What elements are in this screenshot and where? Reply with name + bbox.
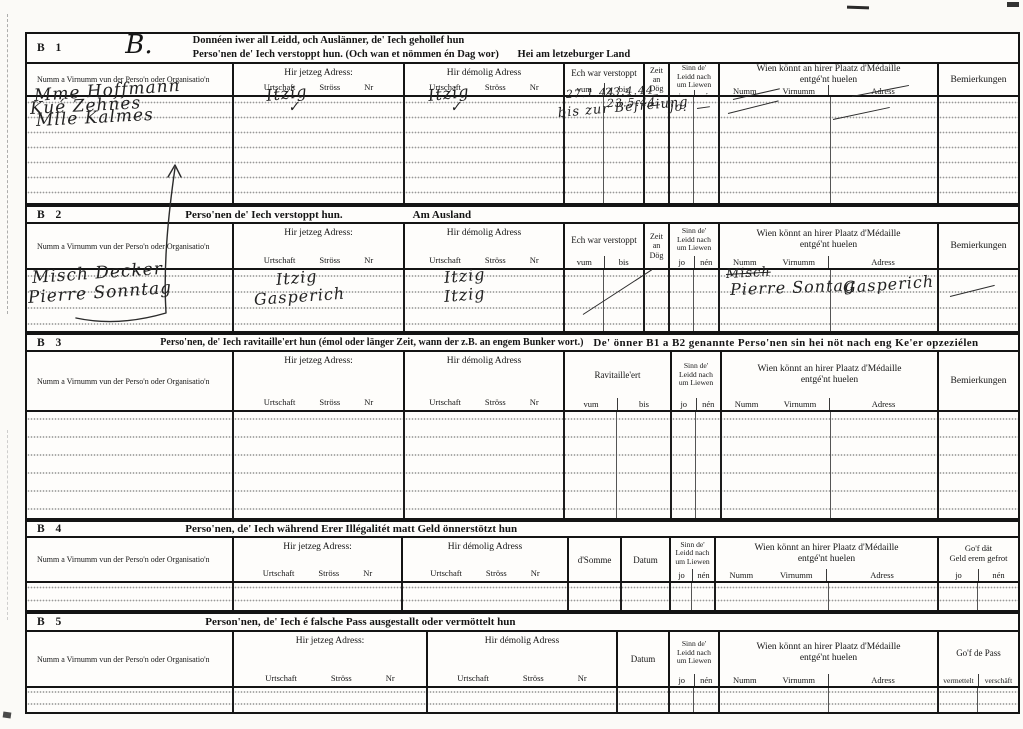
col-still-alive: Sinn de'Leidd nachum Liewen jonén: [668, 632, 718, 686]
col-amount: d'Somme: [567, 538, 620, 581]
sub-vum: vum: [565, 83, 604, 95]
b3-title-line1: Perso'nen, de' Iech ravitaille'ert hun (…: [160, 337, 583, 348]
section-b1-title-text: Donnéen iwer all Leidd, och Auslänner, d…: [193, 34, 631, 61]
section-b5-header: Numm a Virnumm vun der Perso'n oder Orga…: [27, 632, 1018, 688]
col-former-address: Hir démolig Adress UrtschaftStrössNr: [403, 224, 563, 268]
col-money-asked-back: Go'f dätGeld erem gefrot jonén: [937, 538, 1018, 581]
col-date: Datum: [620, 538, 669, 581]
col-former-address: Hir démolig Adress UrtschaftStrössNr: [403, 352, 563, 410]
section-b2-title: B 2 Perso'nen de' Iech verstoppt hun. Am…: [27, 207, 1018, 224]
section-b1-label: B 1: [37, 42, 65, 54]
col-name: Numm a Virnumm vun der Perso'n oder Orga…: [27, 64, 232, 95]
col-date: Datum: [616, 632, 668, 686]
section-b5-title: B 5 Person'nen, de' Iech é falsche Pass …: [27, 614, 1018, 632]
b1-title-line2b: Hei am letzeburger Land: [518, 49, 631, 60]
sub-adress: Adress: [828, 85, 937, 95]
col-pass-provided: Go'f de Pass vermetteltverschäft: [937, 632, 1018, 686]
b4-title-line1: Perso'nen, de' Iech während Erer Illégal…: [185, 523, 517, 535]
sub-nen: nén: [694, 90, 719, 96]
sub-nr: Nr: [530, 82, 539, 92]
col-still-alive: Sinn de'Leidd nachum Liewen jonén: [670, 352, 720, 410]
col-hidden-label: Ech war verstoppt: [565, 64, 643, 83]
scan-artifact: [3, 711, 12, 718]
col-days: ZeitanDög: [643, 64, 668, 95]
col-former-address: Hir démolig Adress UrtschaftStrössNr: [403, 64, 563, 95]
b1-title-line2: Perso'nen de' Iech verstoppt hun. (Och w…: [193, 49, 499, 60]
col-former-address: Hir démolig Adress UrtschaftStrössNr: [401, 538, 567, 581]
sub-nr: Nr: [364, 82, 373, 92]
section-b4-header: Numm a Virnumm vun der Perso'n oder Orga…: [27, 538, 1018, 583]
col-current-address: Hir jetzeg Adress: UrtschaftStrössNr: [232, 224, 403, 268]
section-b5: B 5 Person'nen, de' Iech é falsche Pass …: [25, 612, 1020, 714]
section-b3: B 3 Perso'nen, de' Iech ravitaille'ert h…: [25, 333, 1020, 520]
script-letter-b: B.: [125, 30, 152, 60]
section-b1-title: B 1 B. Donnéen iwer all Leidd, och Auslä…: [27, 34, 1018, 64]
scanned-form-page: B 1 B. Donnéen iwer all Leidd, och Auslä…: [0, 0, 1023, 729]
col-current-address: Hir jetzeg Adress: UrtschaftStrössNr: [232, 352, 403, 410]
section-b3-header: Numm a Virnumm vun der Perso'n oder Orga…: [27, 352, 1018, 412]
col-current-address-label: Hir jetzeg Adress:: [284, 64, 353, 78]
col-hidden-period: Ech war verstoppt vumbis: [563, 64, 643, 95]
col-current-address: Hir jetzeg Adress: UrtschaftStrössNr: [232, 64, 403, 95]
section-b3-title: B 3 Perso'nen, de' Iech ravitaille'ert h…: [27, 335, 1018, 352]
section-b4-rows: [27, 583, 1018, 610]
b1-title-line1: Donnéen iwer all Leidd, och Auslänner, d…: [193, 34, 631, 48]
b5-title-line1: Person'nen, de' Iech é falsche Pass ausg…: [205, 616, 515, 628]
col-name: Numm a Virnumm vun der Perso'n oder Orga…: [27, 224, 232, 268]
col-medal-recipient: Wien könnt an hirer Plaatz d'Médailleent…: [718, 64, 937, 95]
col-former-address: Hir démolig Adress UrtschaftStrössNr: [426, 632, 616, 686]
section-b2: B 2 Perso'nen de' Iech verstoppt hun. Am…: [25, 205, 1020, 333]
col-remarks: Bemierkungen: [937, 224, 1018, 268]
section-b2-label: B 2: [37, 209, 65, 221]
col-hidden-period: Ech war verstoppt vumbis: [563, 224, 643, 268]
sub-virnumm: Virnumm: [782, 86, 815, 95]
col-medal-recipient: Wien könnt an hirer Plaatz d'Médailleent…: [718, 224, 937, 268]
sub-bis: bis: [604, 83, 644, 95]
section-b1: B 1 B. Donnéen iwer all Leidd, och Auslä…: [25, 32, 1020, 205]
section-b5-rows: [27, 688, 1018, 712]
section-b1-header: Numm a Virnumm vun der Perso'n oder Orga…: [27, 64, 1018, 97]
col-supplied-period: Ravitaille'ert vumbis: [563, 352, 670, 410]
section-b4-label: B 4: [37, 523, 65, 535]
fold-line-artifact: [7, 430, 8, 620]
sub-jo: jo: [670, 90, 694, 96]
sub-stross: Ströss: [319, 82, 340, 92]
sub-urtschaft: Urtschaft: [264, 82, 296, 92]
col-remarks: Bemierkungen: [937, 352, 1018, 410]
b2-title-line2: Am Ausland: [413, 209, 471, 221]
col-medal-recipient: Wien könnt an hirer Plaatz d'Médailleent…: [720, 352, 937, 410]
col-days: ZeitanDög: [643, 224, 668, 268]
col-still-alive: Sinn de'Leidd nachum Liewen jonén: [669, 538, 714, 581]
col-name-label: Numm a Virnumm vun der Perso'n oder Orga…: [37, 75, 210, 84]
section-b3-label: B 3: [37, 337, 65, 349]
scan-artifact: [1007, 2, 1019, 7]
section-b4: B 4 Perso'nen, de' Iech während Erer Ill…: [25, 520, 1020, 612]
b3-title-line2: De' önner B1 a B2 genannte Perso'nen sin…: [593, 337, 978, 349]
fold-line-artifact: [7, 14, 8, 314]
col-current-address: Hir jetzeg Adress: UrtschaftStrössNr: [232, 538, 401, 581]
scan-artifact: [847, 6, 869, 10]
section-b2-rows: [27, 270, 1018, 331]
col-name: Numm a Virnumm vun der Perso'n oder Orga…: [27, 352, 232, 410]
b2-title-line1: Perso'nen de' Iech verstoppt hun.: [185, 209, 342, 221]
section-b3-rows: [27, 412, 1018, 518]
section-b2-header: Numm a Virnumm vun der Perso'n oder Orga…: [27, 224, 1018, 270]
section-b5-label: B 5: [37, 616, 65, 628]
col-current-address: Hir jetzeg Adress: UrtschaftStrössNr: [232, 632, 426, 686]
col-former-address-label: Hir démolig Adress: [447, 64, 521, 78]
sub-stross: Ströss: [485, 82, 506, 92]
sub-urtschaft: Urtschaft: [429, 82, 461, 92]
sub-numm: Numm: [733, 86, 757, 95]
col-still-alive: Sinn de'Leidd nachum Liewen jonén: [668, 64, 718, 95]
col-name: Numm a Virnumm vun der Perso'n oder Orga…: [27, 632, 232, 686]
col-medal-recipient: Wien könnt an hirer Plaatz d'Médailleent…: [718, 632, 937, 686]
col-still-alive: Sinn de'Leidd nachum Liewen jonén: [668, 224, 718, 268]
col-medal-recipient: Wien könnt an hirer Plaatz d'Médailleent…: [714, 538, 937, 581]
section-b1-rows: [27, 97, 1018, 203]
section-b4-title: B 4 Perso'nen, de' Iech während Erer Ill…: [27, 522, 1018, 538]
col-remarks: Bemierkungen: [937, 64, 1018, 95]
col-name: Numm a Virnumm vun der Perso'n oder Orga…: [27, 538, 232, 581]
